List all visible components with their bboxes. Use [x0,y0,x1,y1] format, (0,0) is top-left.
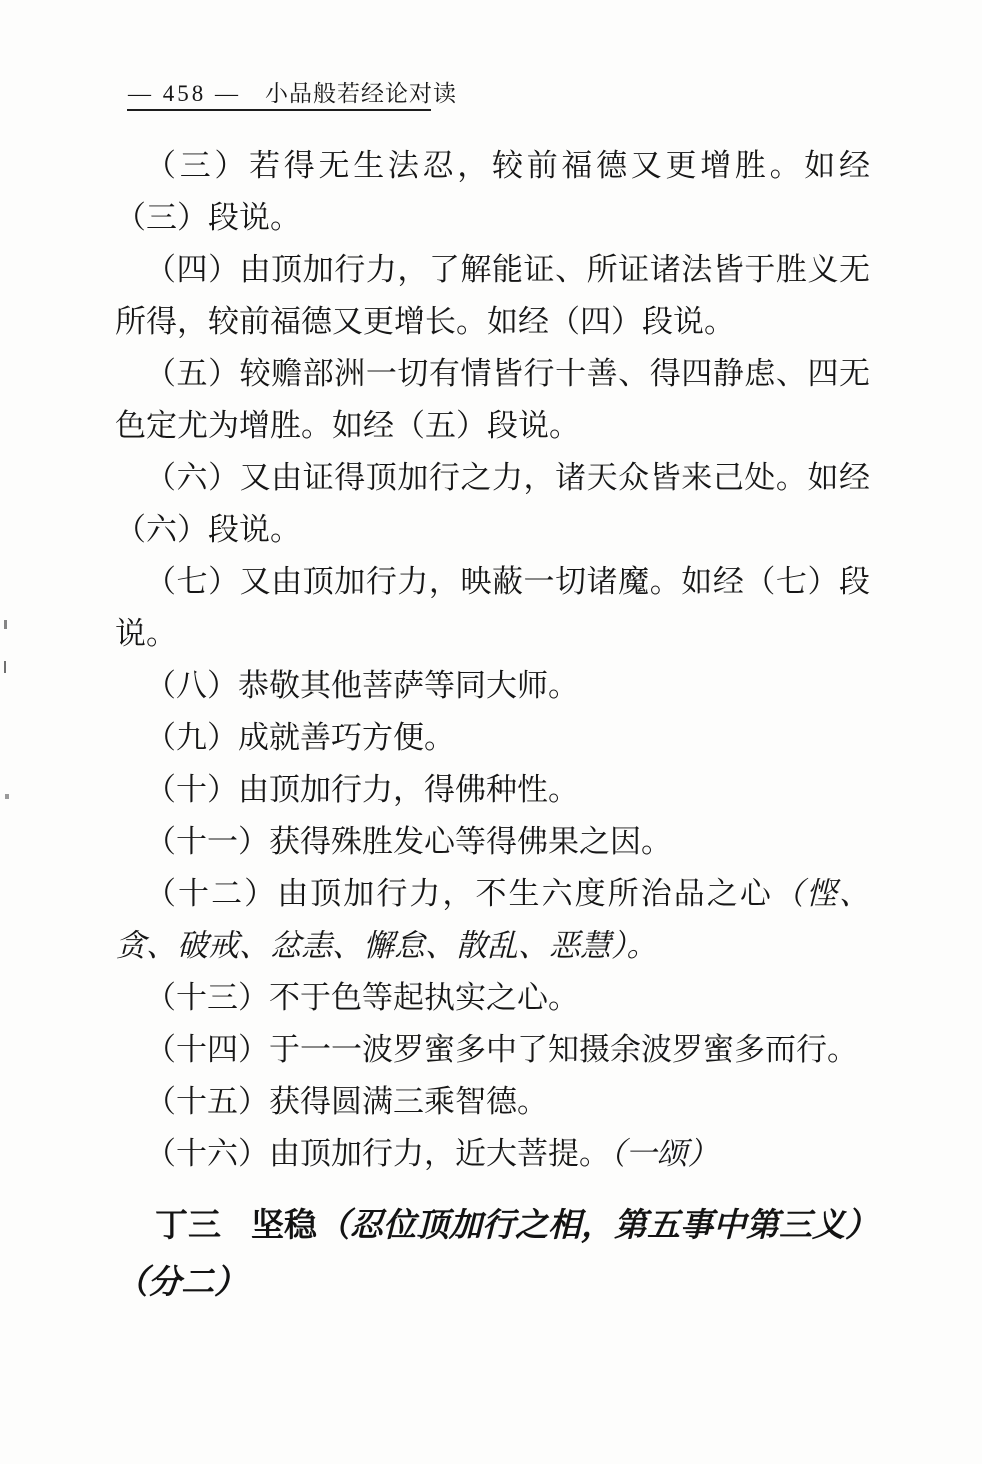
scan-artifact [5,794,9,799]
text-run-kaiti: （一颂） [610,1136,719,1171]
section-heading: 丁三坚稳（忍位顶加行之相，第五事中第三义） （分二） [115,1198,882,1312]
text-run: （十六）由顶加行力，近大菩提。 [145,1136,610,1171]
body-text: （三）若得无生法忍，较前福德又更增胜。如经 （三）段说。 （四）由顶加行力，了解… [115,140,870,1180]
text-line: （十四）于一一波罗蜜多中了知摄余波罗蜜多而行。 [115,1024,870,1076]
text-line: 色定尤为增胜。如经（五）段说。 [115,400,870,452]
text-line: （五）较赡部洲一切有情皆行十善、得四静虑、四无 [115,348,870,400]
text-line: （十五）获得圆满三乘智德。 [115,1076,870,1128]
section-heading-line: 丁三坚稳（忍位顶加行之相，第五事中第三义） [115,1198,882,1255]
text-line-kaiti: 贪、破戒、忿恚、懈怠、散乱、恶慧）。 [115,920,870,972]
text-line: （十六）由顶加行力，近大菩提。（一颂） [115,1128,870,1180]
text-line: 说。 [115,608,870,660]
text-line: （六）又由证得顶加行之力，诸天众皆来己处。如经 [115,452,870,504]
scan-artifact [4,620,7,629]
text-line: （七）又由顶加行力，映蔽一切诸魔。如经（七）段 [115,556,870,608]
section-annotation: （忍位顶加行之相，第五事中第三义） [317,1208,878,1244]
text-line: 所得，较前福德又更增长。如经（四）段说。 [115,296,870,348]
text-line: （十二）由顶加行力，不生六度所治品之心（悭、 [115,868,870,920]
text-line: （四）由顶加行力，了解能证、所证诸法皆于胜义无 [115,244,870,296]
book-page: — 458 — 小品般若经论对读 （三）若得无生法忍，较前福德又更增胜。如经 （… [0,0,982,1464]
section-number: 丁三 [155,1208,221,1244]
text-line: （十三）不于色等起执实之心。 [115,972,870,1024]
text-line: （十一）获得殊胜发心等得佛果之因。 [115,816,870,868]
book-title: 小品般若经论对读 [265,80,457,108]
scan-artifact [4,661,6,673]
text-run-kaiti: （悭、 [773,876,870,911]
text-line: （三）段说。 [115,192,870,244]
page-header: — 458 — 小品般若经论对读 [128,80,457,108]
header-rule [127,109,431,111]
text-line: （九）成就善巧方便。 [115,712,870,764]
text-line: （六）段说。 [115,504,870,556]
text-line: （三）若得无生法忍，较前福德又更增胜。如经 [115,140,870,192]
section-subdivision: （分二） [115,1255,882,1312]
page-number: — 458 — [128,80,241,108]
section-title: 坚稳 [251,1208,317,1244]
text-line: （十）由顶加行力，得佛种性。 [115,764,870,816]
text-line: （八）恭敬其他菩萨等同大师。 [115,660,870,712]
text-run: （十二）由顶加行力，不生六度所治品之心 [145,876,773,911]
